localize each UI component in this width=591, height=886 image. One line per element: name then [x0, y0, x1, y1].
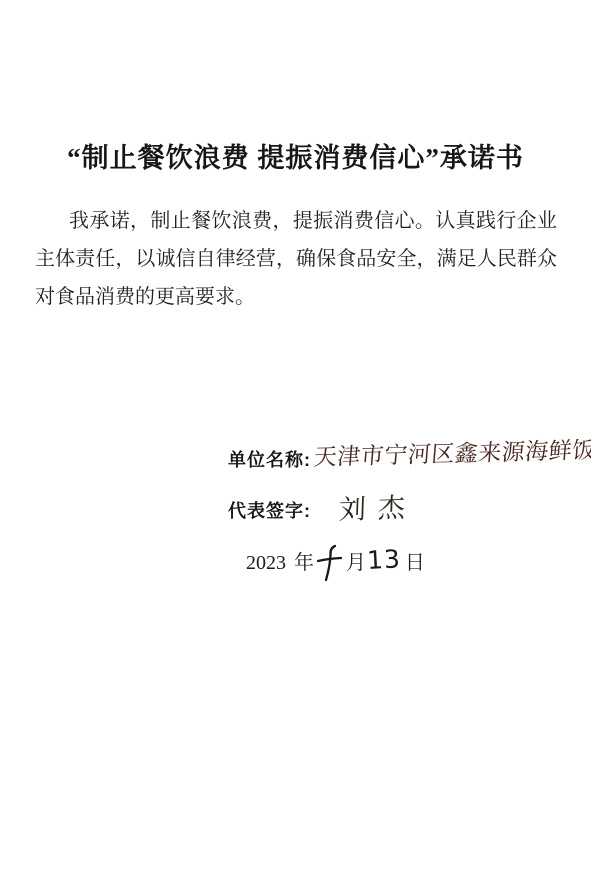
representative-row: 代表签字: 刘杰 [228, 497, 417, 536]
representative-signature-handwritten: 刘杰 [338, 485, 417, 527]
handwritten-day-value: 13 [366, 542, 402, 578]
date-year-unit: 年 [294, 548, 314, 578]
unit-name-row: 单位名称: 天津市宁河区鑫来源海鲜饭店 [228, 446, 591, 479]
scanned-commitment-letter-page: “制止餐饮浪费 提振消费信心”承诺书 我承诺，制止餐饮浪费，提振消费信心。认真践… [0, 0, 591, 886]
date-month-unit: 月 [346, 548, 366, 578]
date-day-unit: 日 [405, 548, 425, 578]
page-title: “制止餐饮浪费 提振消费信心”承诺书 [0, 136, 591, 175]
body-paragraph: 我承诺，制止餐饮浪费，提振消费信心。认真践行企业主体责任，以诚信自律经营，确保食… [35, 202, 557, 316]
date-row: 2023 年 4 月 13 日 [246, 548, 425, 588]
date-year: 2023 [246, 548, 286, 578]
representative-label: 代表签字: [228, 497, 311, 523]
unit-name-label: 单位名称: [228, 446, 311, 472]
unit-name-handwritten-value: 天津市宁河区鑫来源海鲜饭店 [313, 431, 591, 472]
handwritten-month-glyph [316, 543, 343, 583]
